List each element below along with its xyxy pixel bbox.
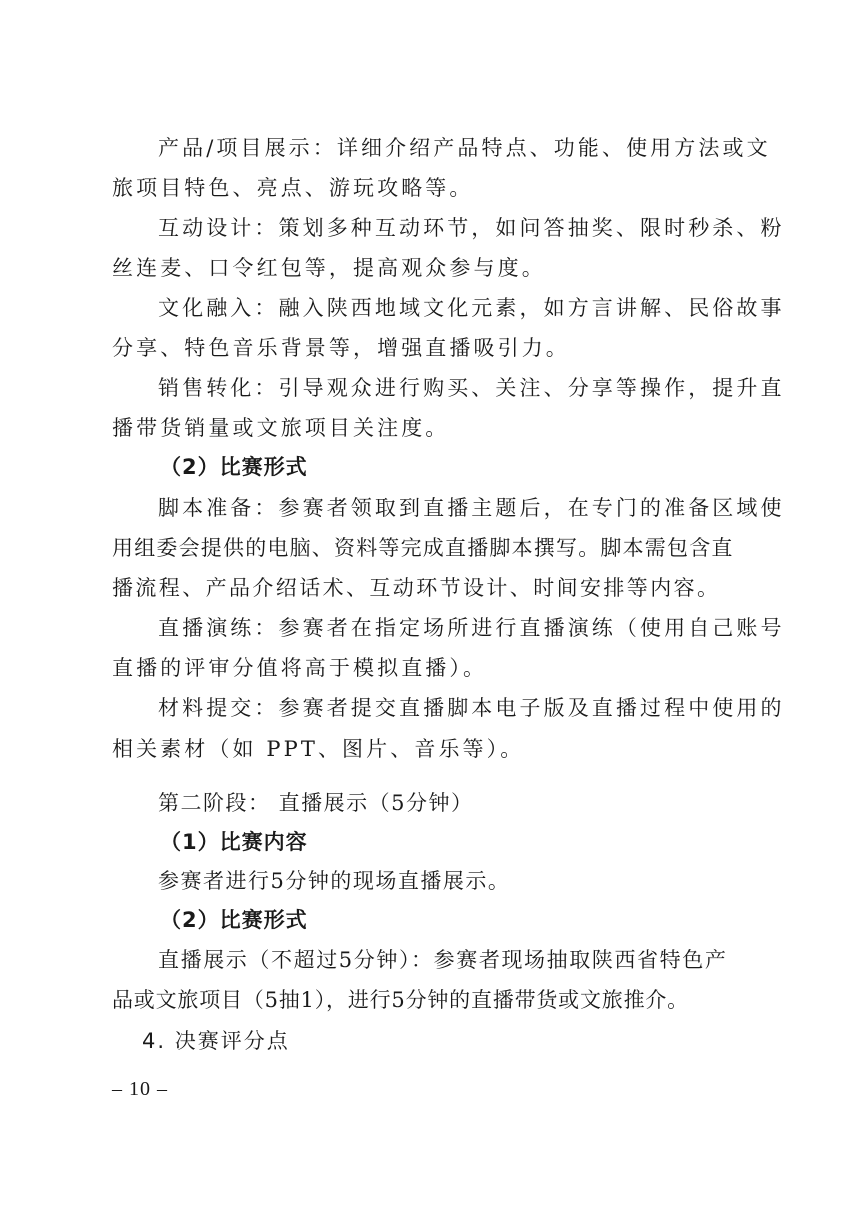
paragraph-culture-cont: 分享、特色音乐背景等，增强直播吸引力。: [112, 335, 752, 361]
paragraph-script-prep-cont2: 播流程、产品介绍话术、互动环节设计、时间安排等内容。: [112, 575, 752, 601]
heading-competition-format-1: （2）比赛形式: [160, 454, 800, 480]
paragraph-materials-cont: 相关素材（如 PPT、图片、音乐等）。: [112, 736, 752, 762]
heading-stage-two: 第二阶段： 直播展示（5分钟）: [158, 790, 798, 816]
heading-competition-content: （1）比赛内容: [160, 829, 800, 855]
paragraph-culture: 文化融入：融入陕西地域文化元素，如方言讲解、民俗故事: [158, 295, 798, 321]
paragraph-live-show: 直播展示（不超过5分钟）：参赛者现场抽取陕西省特色产: [158, 947, 798, 973]
paragraph-live-show-cont: 品或文旅项目（5抽1），进行5分钟的直播带货或文旅推介。: [112, 987, 752, 1013]
paragraph-rehearsal-cont: 直播的评审分值将高于模拟直播）。: [112, 655, 752, 681]
paragraph-interaction-design: 互动设计：策划多种互动环节，如问答抽奖、限时秒杀、粉: [158, 215, 798, 241]
paragraph-live-demo: 参赛者进行5分钟的现场直播展示。: [158, 868, 798, 894]
paragraph-product-display-cont: 旅项目特色、亮点、游玩攻略等。: [112, 175, 752, 201]
paragraph-interaction-design-cont: 丝连麦、口令红包等，提高观众参与度。: [112, 255, 752, 281]
paragraph-materials: 材料提交：参赛者提交直播脚本电子版及直播过程中使用的: [158, 695, 798, 721]
paragraph-sales: 销售转化：引导观众进行购买、关注、分享等操作，提升直: [158, 375, 798, 401]
page-number: – 10 –: [112, 1078, 168, 1101]
heading-competition-format-2: （2）比赛形式: [160, 907, 800, 933]
paragraph-sales-cont: 播带货销量或文旅项目关注度。: [112, 415, 752, 441]
paragraph-script-prep-cont1: 用组委会提供的电脑、资料等完成直播脚本撰写。脚本需包含直: [112, 535, 752, 561]
paragraph-rehearsal: 直播演练：参赛者在指定场所进行直播演练（使用自己账号: [158, 615, 798, 641]
paragraph-script-prep: 脚本准备：参赛者领取到直播主题后，在专门的准备区域使: [158, 495, 798, 521]
paragraph-product-display: 产品/项目展示：详细介绍产品特点、功能、使用方法或文: [158, 135, 798, 161]
heading-final-scoring: 4. 决赛评分点: [142, 1028, 782, 1054]
